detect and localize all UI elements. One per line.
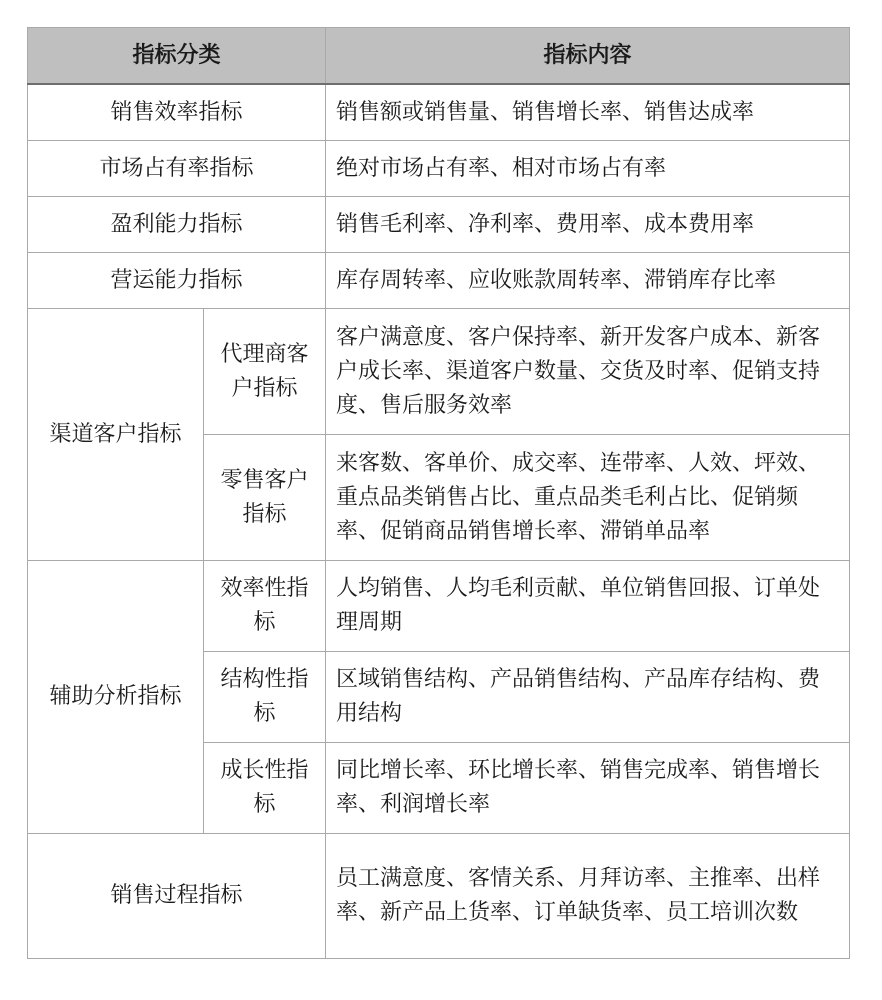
category-cell: 销售过程指标 [28,834,326,959]
table-row: 盈利能力指标 销售毛利率、净利率、费用率、成本费用率 [28,197,850,253]
content-cell: 来客数、客单价、成交率、连带率、人效、坪效、重点品类销售占比、重点品类毛利占比、… [326,435,850,561]
content-cell: 同比增长率、环比增长率、销售完成率、销售增长率、利润增长率 [326,743,850,834]
content-cell: 绝对市场占有率、相对市场占有率 [326,141,850,197]
indicator-table: 指标分类 指标内容 销售效率指标 销售额或销售量、销售增长率、销售达成率 市场占… [27,27,850,959]
content-cell: 销售额或销售量、销售增长率、销售达成率 [326,84,850,141]
table-row: 销售效率指标 销售额或销售量、销售增长率、销售达成率 [28,84,850,141]
subcategory-cell: 结构性指标 [204,652,326,743]
category-cell: 辅助分析指标 [28,561,204,834]
content-cell: 员工满意度、客情关系、月拜访率、主推率、出样率、新产品上货率、订单缺货率、员工培… [326,834,850,959]
table-row: 渠道客户指标 代理商客户指标 客户满意度、客户保持率、新开发客户成本、新客户成长… [28,309,850,435]
content-cell: 人均销售、人均毛利贡献、单位销售回报、订单处理周期 [326,561,850,652]
category-cell: 销售效率指标 [28,84,326,141]
category-cell: 市场占有率指标 [28,141,326,197]
header-content: 指标内容 [326,28,850,85]
category-cell: 营运能力指标 [28,253,326,309]
content-cell: 区域销售结构、产品销售结构、产品库存结构、费用结构 [326,652,850,743]
category-cell: 盈利能力指标 [28,197,326,253]
content-cell: 库存周转率、应收账款周转率、滞销库存比率 [326,253,850,309]
table-row: 营运能力指标 库存周转率、应收账款周转率、滞销库存比率 [28,253,850,309]
subcategory-cell: 零售客户指标 [204,435,326,561]
subcategory-cell: 成长性指标 [204,743,326,834]
table-row: 辅助分析指标 效率性指标 人均销售、人均毛利贡献、单位销售回报、订单处理周期 [28,561,850,652]
subcategory-cell: 代理商客户指标 [204,309,326,435]
content-cell: 销售毛利率、净利率、费用率、成本费用率 [326,197,850,253]
category-cell: 渠道客户指标 [28,309,204,561]
content-cell: 客户满意度、客户保持率、新开发客户成本、新客户成长率、渠道客户数量、交货及时率、… [326,309,850,435]
header-category: 指标分类 [28,28,326,85]
table-row: 市场占有率指标 绝对市场占有率、相对市场占有率 [28,141,850,197]
table-row: 销售过程指标 员工满意度、客情关系、月拜访率、主推率、出样率、新产品上货率、订单… [28,834,850,959]
header-row: 指标分类 指标内容 [28,28,850,85]
subcategory-cell: 效率性指标 [204,561,326,652]
